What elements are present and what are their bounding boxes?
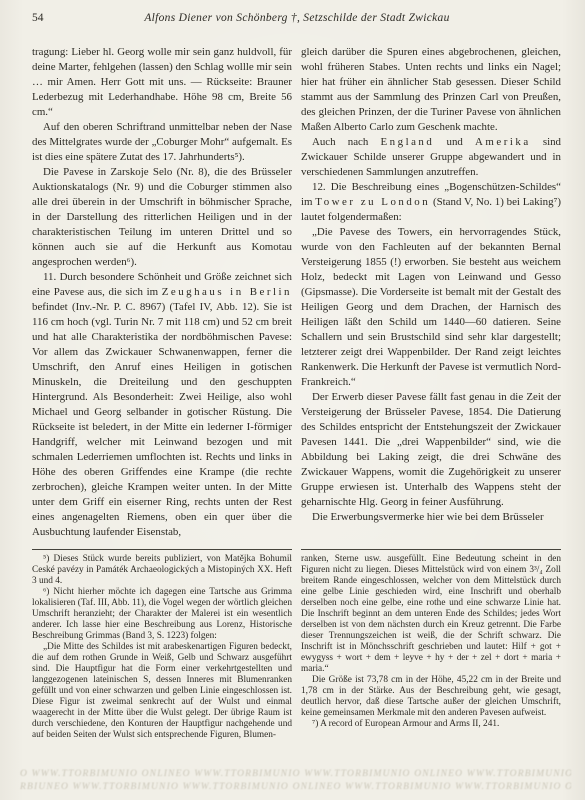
text-run: „Die Mitte des Schildes ist mit arabeske… bbox=[32, 642, 292, 740]
text-run: ⁷) A record of European Armour and Arms … bbox=[312, 719, 499, 729]
paragraph: Der Erwerb dieser Pavese fällt fast gena… bbox=[301, 390, 561, 510]
paragraph: Auch nach England und Amerika sind Zwick… bbox=[301, 135, 561, 180]
text-run: Die Pavese in Zarskoje Selo (Nr. 8), die… bbox=[32, 166, 292, 268]
text-run: ⁵) Dieses Stück wurde bereits publiziert… bbox=[32, 554, 292, 586]
text-run: gleich darüber die Spuren eines abgebroc… bbox=[301, 46, 561, 133]
text-run: und bbox=[434, 136, 475, 148]
emphasized-spaced-text: Amerika bbox=[475, 136, 531, 148]
paragraph: „Die Pavese des Towers, ein hervorragend… bbox=[301, 225, 561, 390]
text-run: befindet (Inv.-Nr. P. C. 8967) (Tafel IV… bbox=[32, 301, 292, 538]
page-number: 54 bbox=[32, 12, 44, 24]
paragraph: ⁵) Dieses Stück wurde bereits publiziert… bbox=[32, 554, 292, 587]
right-column-footnotes: ranken, Sterne usw. ausgefüllt. Eine Bed… bbox=[301, 554, 561, 730]
paragraph: 12. Die Beschreibung eines „Bogenschütze… bbox=[301, 180, 561, 225]
left-footnote-rule bbox=[32, 549, 292, 550]
paragraph: ranken, Sterne usw. ausgefüllt. Eine Bed… bbox=[301, 554, 561, 675]
right-column: gleich darüber die Spuren eines abgebroc… bbox=[301, 45, 561, 741]
paragraph: Auf den oberen Schriftrand unmittelbar n… bbox=[32, 120, 292, 165]
page-title: Alfons Diener von Schönberg †, Setzschil… bbox=[32, 12, 562, 24]
text-run: Der Erwerb dieser Pavese fällt fast gena… bbox=[301, 391, 561, 508]
paragraph: Die Erwerbungsvermerke hier wie bei dem … bbox=[301, 510, 561, 525]
emphasized-spaced-text: Zeughaus in Berlin bbox=[162, 286, 292, 298]
text-run: Auch nach bbox=[312, 136, 381, 148]
paragraph: gleich darüber die Spuren eines abgebroc… bbox=[301, 45, 561, 135]
paragraph: „Die Mitte des Schildes ist mit arabeske… bbox=[32, 642, 292, 741]
emphasized-spaced-text: England bbox=[381, 136, 435, 148]
paragraph: Die Größe ist 73,78 cm in der Höhe, 45,2… bbox=[301, 675, 561, 719]
text-run: „Die Pavese des Towers, ein hervorragend… bbox=[301, 226, 561, 388]
watermark-line-2: RBIUNEO WWW.TTORBIMUNIO WWW.TTORBIMUNIO … bbox=[20, 781, 571, 794]
paragraph: 11. Durch besondere Schönheit und Größe … bbox=[32, 270, 292, 540]
text-run: Die Größe ist 73,78 cm in der Höhe, 45,2… bbox=[301, 675, 561, 718]
emphasized-spaced-text: Tower zu London bbox=[315, 196, 430, 208]
right-column-text: gleich darüber die Spuren eines abgebroc… bbox=[301, 45, 561, 544]
paragraph: tragung: Lieber hl. Georg wolle mir sein… bbox=[32, 45, 292, 120]
left-column-footnotes: ⁵) Dieses Stück wurde bereits publiziert… bbox=[32, 554, 292, 741]
left-column-text: tragung: Lieber hl. Georg wolle mir sein… bbox=[32, 45, 292, 544]
paragraph: Die Pavese in Zarskoje Selo (Nr. 8), die… bbox=[32, 165, 292, 270]
paragraph: ⁷) A record of European Armour and Arms … bbox=[301, 719, 561, 730]
paragraph: ⁶) Nicht hierher möchte ich dagegen eine… bbox=[32, 587, 292, 642]
text-run: ranken, Sterne usw. ausgefüllt. Eine Bed… bbox=[301, 554, 561, 674]
watermark-line-1: O WWW.TTORBIMUNIO ONLINEO WWW.TTORBIMUNI… bbox=[20, 768, 571, 781]
text-run: Auf den oberen Schriftrand unmittelbar n… bbox=[32, 121, 292, 163]
watermark: O WWW.TTORBIMUNIO ONLINEO WWW.TTORBIMUNI… bbox=[20, 768, 571, 798]
text-run: tragung: Lieber hl. Georg wolle mir sein… bbox=[32, 46, 292, 118]
text-run: ⁶) Nicht hierher möchte ich dagegen eine… bbox=[32, 587, 292, 641]
left-column: tragung: Lieber hl. Georg wolle mir sein… bbox=[32, 45, 292, 741]
text-run: Die Erwerbungsvermerke hier wie bei dem … bbox=[312, 511, 544, 523]
page: 54 Alfons Diener von Schönberg †, Setzsc… bbox=[0, 0, 585, 800]
text-columns: tragung: Lieber hl. Georg wolle mir sein… bbox=[32, 45, 562, 741]
right-footnote-rule bbox=[301, 549, 561, 550]
page-header: 54 Alfons Diener von Schönberg †, Setzsc… bbox=[32, 12, 562, 28]
